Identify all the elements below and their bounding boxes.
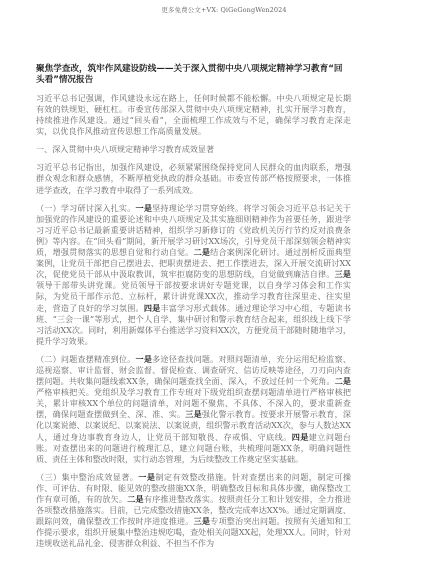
document-page: 聚焦学查改，筑牢作风建设防线——关于深入贯彻中央八项规定精神学习教育“回头看”情… [36, 64, 351, 556]
point-marker-3: 三是 [335, 269, 351, 279]
subsection-2-paragraph: （二）问题查摆精准到位。一是多途径查找问题。对照问题清单，充分运用纪检监察、巡视… [36, 354, 351, 465]
point-marker-1: 一是 [138, 472, 155, 482]
point-marker-2: 二是 [194, 247, 211, 257]
point-marker-4: 四是 [144, 303, 161, 313]
point-marker-1: 一是 [136, 203, 153, 213]
subsection-2-heading: （二）问题查摆精准到位。 [36, 354, 136, 364]
subsection-1-paragraph: （一）学习研讨深入扎实。一是坚持理论学习贯穿始终。将学习领会习近平总书记关于加强… [36, 203, 351, 347]
intro-paragraph: 习近平总书记强调，作风建设永远在路上，任何时候都不能松懈。中央八项规定是长期有效… [36, 93, 351, 137]
watermark-text: 更多免费公文+VX: QiGeGongWen2024 [0, 5, 448, 14]
point-marker-3: 三是 [185, 409, 202, 419]
point-marker-2: 二是 [335, 376, 351, 386]
section-heading-1: 一、深入贯彻中央八项规定精神学习教育成效显著 [36, 144, 351, 155]
section1-intro-paragraph: 习近平总书记指出，加强作风建设，必须紧紧围绕保持党同人民群众的血肉联系，增强群众… [36, 162, 351, 195]
point-marker-1: 一是 [136, 354, 153, 364]
point-marker-4: 四是 [292, 432, 309, 442]
subsection-1-heading: （一）学习研讨深入扎实。 [36, 203, 136, 213]
point-marker-3: 三是 [194, 516, 211, 526]
subsection-3-heading: （三）集中整治成效显著。 [36, 472, 138, 482]
subsection-3-paragraph: （三）集中整治成效显著。一是制定有效整改措施。针对查摆出来的问题，制定可操作、可… [36, 472, 351, 550]
document-title: 聚焦学查改，筑牢作风建设防线——关于深入贯彻中央八项规定精神学习教育“回头看”情… [36, 64, 351, 86]
point-marker-2: 二是 [127, 494, 144, 504]
